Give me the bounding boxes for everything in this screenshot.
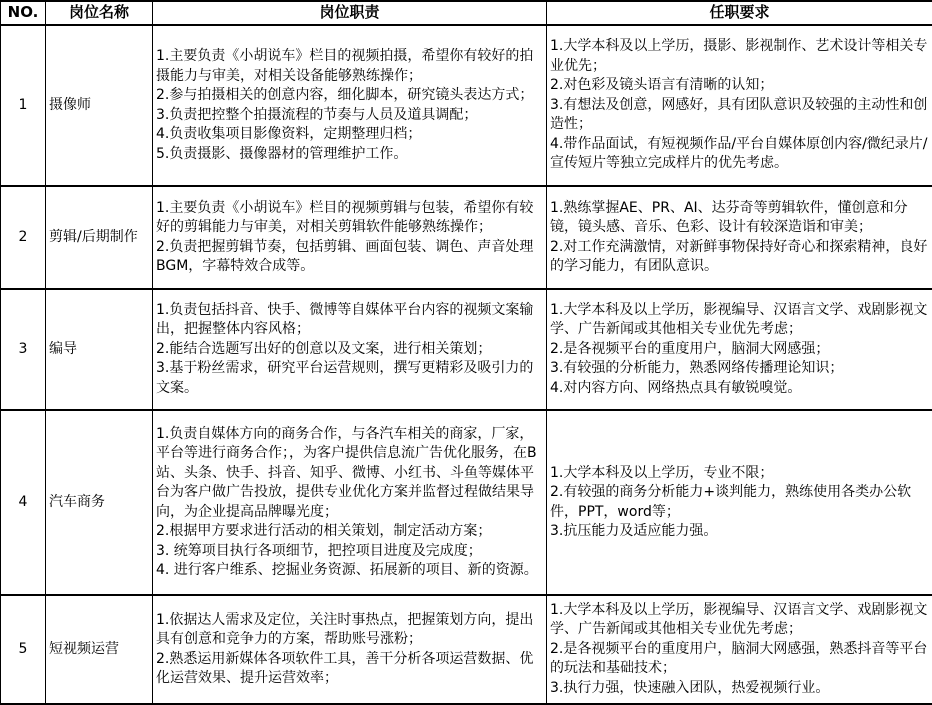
row-number: 4 xyxy=(1,410,46,595)
table-row: 2 剪辑/后期制作 1.主要负责《小胡说车》栏目的视频剪辑与包装，希望你有较好的… xyxy=(1,186,932,289)
duty-item: 3.基于粉丝需求，研究平台运营规则，撰写更精彩及吸引力的文案。 xyxy=(156,359,543,398)
header-requirements: 任职要求 xyxy=(547,1,932,25)
duty-item: 1.依据达人需求及定位，关注时事热点，把握策划方向，提出具有创意和竞争力的方案，… xyxy=(156,611,543,650)
duty-item: 2.参与拍摄相关的创意内容，细化脚本，研究镜头表达方式； xyxy=(156,86,543,106)
header-position-title: 岗位名称 xyxy=(46,1,153,25)
duty-item: 5.负责摄影、摄像器材的管理维护工作。 xyxy=(156,145,543,165)
requirements-cell: 1.熟练掌握AE、PR、AI、达芬奇等剪辑软件，懂创意和分镜，镜头感、音乐、色彩… xyxy=(547,186,932,289)
requirement-item: 1.大学本科及以上学历，影视编导、汉语言文学、戏剧影视文学、广告新闻或其他相关专… xyxy=(550,301,929,340)
duty-item: 4.负责收集项目影像资料，定期整理归档； xyxy=(156,125,543,145)
requirement-item: 1.大学本科及以上学历，影视编导、汉语言文学、戏剧影视文学、广告新闻或其他相关专… xyxy=(550,601,929,640)
position-title: 汽车商务 xyxy=(46,410,153,595)
duty-item: 2.能结合选题写出好的创意以及文案，进行相关策划； xyxy=(156,340,543,360)
requirements-cell: 1.大学本科及以上学历，摄影、影视制作、艺术设计等相关专业优先； 2.对色彩及镜… xyxy=(547,25,932,186)
header-no: NO. xyxy=(1,1,46,25)
requirement-item: 1.熟练掌握AE、PR、AI、达芬奇等剪辑软件，懂创意和分镜，镜头感、音乐、色彩… xyxy=(550,199,929,238)
duty-item: 2.熟悉运用新媒体各项软件工具，善干分析各项运营数据、优化运营效果、提升运营效率… xyxy=(156,650,543,689)
table-row: 4 汽车商务 1.负责自媒体方向的商务合作，与各汽车相关的商家，厂家，平台等进行… xyxy=(1,410,932,595)
position-title: 摄像师 xyxy=(46,25,153,186)
header-row: NO. 岗位名称 岗位职责 任职要求 xyxy=(1,1,932,25)
duty-item: 3.负责把控整个拍摄流程的节奏与人员及道具调配； xyxy=(156,106,543,126)
row-number: 1 xyxy=(1,25,46,186)
position-title: 剪辑/后期制作 xyxy=(46,186,153,289)
requirement-item: 3.有想法及创意，网感好，具有团队意识及较强的主动性和创造性； xyxy=(550,96,929,135)
duty-item: 1.负责包括抖音、快手、微博等自媒体平台内容的视频文案输出，把握整体内容风格； xyxy=(156,301,543,340)
requirement-item: 3.执行力强，快速融入团队，热爱视频行业。 xyxy=(550,679,929,699)
requirement-item: 1.大学本科及以上学历，摄影、影视制作、艺术设计等相关专业优先； xyxy=(550,37,929,76)
row-number: 2 xyxy=(1,186,46,289)
duty-item: 1.主要负责《小胡说车》栏目的视频拍摄，希望你有较好的拍摄能力与审美，对相关设备… xyxy=(156,47,543,86)
table-row: 5 短视频运营 1.依据达人需求及定位，关注时事热点，把握策划方向，提出具有创意… xyxy=(1,595,932,704)
row-number: 3 xyxy=(1,289,46,410)
position-title: 编导 xyxy=(46,289,153,410)
requirement-item: 1.大学本科及以上学历，专业不限； xyxy=(550,464,929,484)
table-row: 3 编导 1.负责包括抖音、快手、微博等自媒体平台内容的视频文案输出，把握整体内… xyxy=(1,289,932,410)
requirements-cell: 1.大学本科及以上学历，专业不限； 2.有较强的商务分析能力+谈判能力，熟练使用… xyxy=(547,410,932,595)
duty-item: 1.主要负责《小胡说车》栏目的视频剪辑与包装，希望你有较好的剪辑能力与审美，对相… xyxy=(156,199,543,238)
position-title: 短视频运营 xyxy=(46,595,153,704)
duty-item: 4. 进行客户维系、挖掘业务资源、拓展新的项目、新的资源。 xyxy=(156,561,543,581)
requirement-item: 3.抗压能力及适应能力强。 xyxy=(550,522,929,542)
duties-cell: 1.主要负责《小胡说车》栏目的视频拍摄，希望你有较好的拍摄能力与审美，对相关设备… xyxy=(153,25,547,186)
requirements-cell: 1.大学本科及以上学历，影视编导、汉语言文学、戏剧影视文学、广告新闻或其他相关专… xyxy=(547,289,932,410)
requirement-item: 2.对色彩及镜头语言有清晰的认知； xyxy=(550,76,929,96)
job-positions-table: NO. 岗位名称 岗位职责 任职要求 1 摄像师 1.主要负责《小胡说车》栏目的… xyxy=(0,0,932,705)
duties-cell: 1.主要负责《小胡说车》栏目的视频剪辑与包装，希望你有较好的剪辑能力与审美，对相… xyxy=(153,186,547,289)
duty-item: 3. 统筹项目执行各项细节，把控项目进度及完成度； xyxy=(156,542,543,562)
requirement-item: 2.对工作充满激情，对新鲜事物保持好奇心和探索精神，良好的学习能力，有团队意识。 xyxy=(550,238,929,277)
duty-item: 2.根据甲方要求进行活动的相关策划，制定活动方案； xyxy=(156,522,543,542)
table-row: 1 摄像师 1.主要负责《小胡说车》栏目的视频拍摄，希望你有较好的拍摄能力与审美… xyxy=(1,25,932,186)
duties-cell: 1.负责包括抖音、快手、微博等自媒体平台内容的视频文案输出，把握整体内容风格； … xyxy=(153,289,547,410)
job-positions-sheet: NO. 岗位名称 岗位职责 任职要求 1 摄像师 1.主要负责《小胡说车》栏目的… xyxy=(0,0,932,705)
duties-cell: 1.负责自媒体方向的商务合作，与各汽车相关的商家，厂家，平台等进行商务合作；，为… xyxy=(153,410,547,595)
requirement-item: 3.有较强的分析能力，熟悉网络传播理论知识； xyxy=(550,359,929,379)
requirement-item: 4.对内容方向、网络热点具有敏锐嗅觉。 xyxy=(550,379,929,399)
duties-cell: 1.依据达人需求及定位，关注时事热点，把握策划方向，提出具有创意和竞争力的方案，… xyxy=(153,595,547,704)
requirement-item: 2.是各视频平台的重度用户，脑洞大网感强，熟悉抖音等平台的玩法和基础技术； xyxy=(550,640,929,679)
duty-item: 2.负责把握剪辑节奏，包括剪辑、画面包装、调色、声音处理BGM，字幕特效合成等。 xyxy=(156,238,543,277)
requirement-item: 2.是各视频平台的重度用户，脑洞大网感强； xyxy=(550,340,929,360)
duty-item: 1.负责自媒体方向的商务合作，与各汽车相关的商家，厂家，平台等进行商务合作；，为… xyxy=(156,425,543,523)
row-number: 5 xyxy=(1,595,46,704)
requirements-cell: 1.大学本科及以上学历，影视编导、汉语言文学、戏剧影视文学、广告新闻或其他相关专… xyxy=(547,595,932,704)
requirement-item: 4.带作品面试，有短视频作品/平台自媒体原创内容/微纪录片/宣传短片等独立完成样… xyxy=(550,135,929,174)
header-duties: 岗位职责 xyxy=(153,1,547,25)
requirement-item: 2.有较强的商务分析能力+谈判能力，熟练使用各类办公软件，PPT，word等； xyxy=(550,483,929,522)
